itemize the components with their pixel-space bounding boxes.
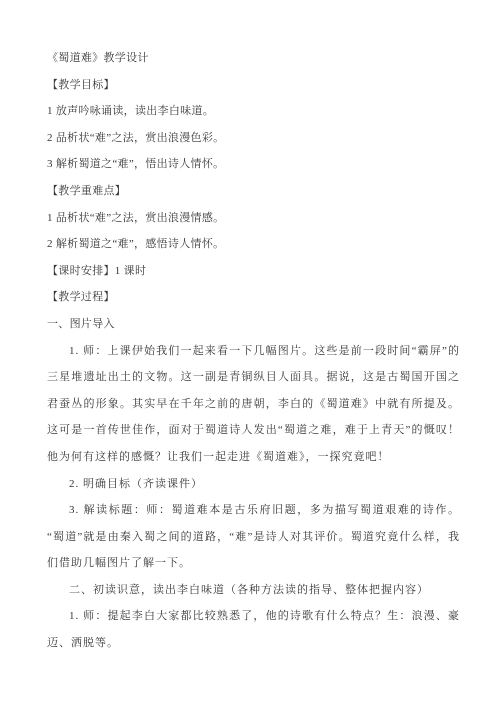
section-heading-process: 【教学过程】	[47, 284, 460, 311]
step-one-paragraph-title-read: 3. 解读标题：师：蜀道难本是古乐府旧题，多为描写蜀道艰难的诗作。“蜀道”就是由…	[47, 497, 460, 577]
step-two-paragraph-libai: 1. 师：提起李白大家都比较熟悉了，他的诗歌有什么特点？生：浪漫、豪迈、洒脱等。	[47, 603, 460, 656]
objective-item-3: 3 解析蜀道之“难”，悟出诗人情怀。	[47, 151, 460, 178]
section-heading-key-points: 【教学重难点】	[47, 178, 460, 205]
step-one-paragraph-goals: 2. 明确目标（齐读课件）	[47, 471, 460, 498]
key-point-item-1: 1 品析状“难”之法，赏出浪漫情感。	[47, 205, 460, 232]
document-page: 《蜀道难》教学设计 【教学目标】 1 放声吟咏诵读，读出李白味道。 2 品析状“…	[0, 0, 500, 707]
section-heading-objectives: 【教学目标】	[47, 72, 460, 99]
step-one-heading: 一、图片导入	[47, 311, 460, 338]
objective-item-2: 2 品析状“难”之法，赏出浪漫色彩。	[47, 125, 460, 152]
key-point-item-2: 2 解析蜀道之“难”，感悟诗人情怀。	[47, 231, 460, 258]
section-heading-schedule: 【课时安排】1 课时	[47, 258, 460, 285]
step-one-paragraph-intro: 1. 师：上课伊始我们一起来看一下几幅图片。这些是前一段时间“霸屏”的三星堆遗址…	[47, 338, 460, 471]
step-two-heading: 二、初读识意，读出李白味道（各种方法读的指导、整体把握内容）	[47, 577, 460, 604]
objective-item-1: 1 放声吟咏诵读，读出李白味道。	[47, 98, 460, 125]
doc-title: 《蜀道难》教学设计	[47, 45, 460, 72]
